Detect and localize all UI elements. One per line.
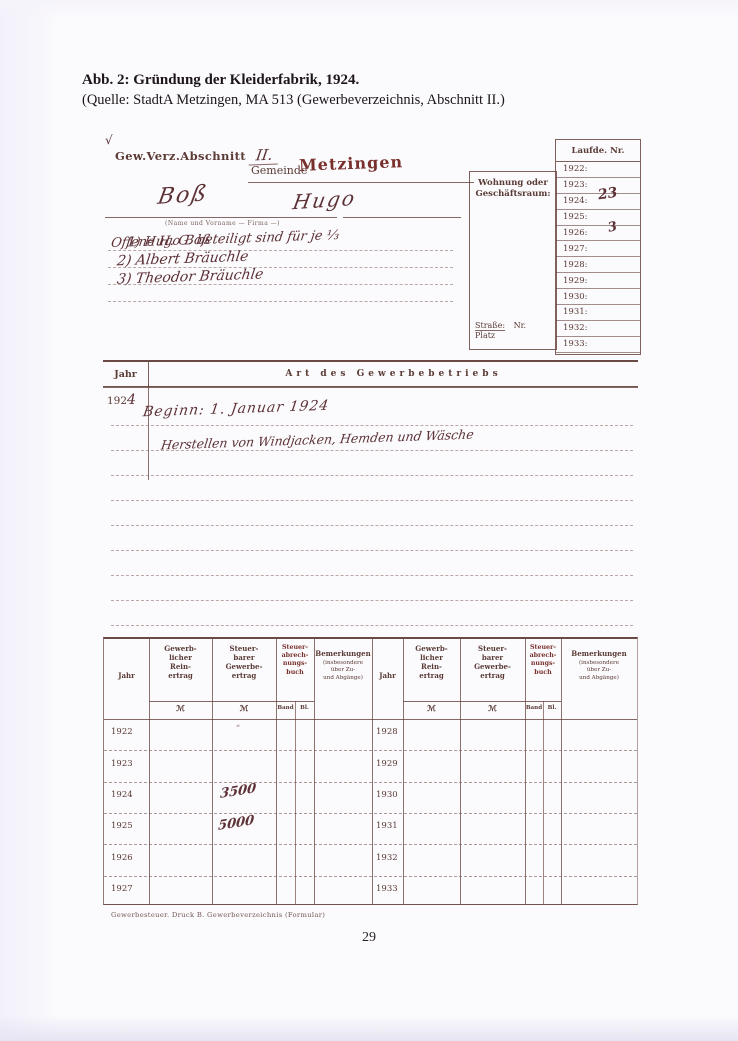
page-edge-shadow-top	[0, 0, 738, 18]
form-footnote: Gewerbesteuer. Druck B. Gewerbeverzeichn…	[111, 911, 325, 919]
entry-begin-handwritten: Beginn: 1. Januar 1924	[143, 401, 329, 417]
figure-source: (Quelle: StadtA Metzingen, MA 513 (Gewer…	[82, 92, 642, 109]
ruled-line	[111, 500, 633, 501]
year-row-label: 1927	[111, 884, 133, 894]
name-underline-2	[343, 217, 461, 218]
year-digit-handwritten: 4	[127, 392, 136, 408]
ruled-line	[111, 600, 633, 601]
gemeinde-underline	[248, 182, 474, 183]
laufende-row: 1931:	[556, 305, 640, 321]
checkmark-annotation: √	[105, 133, 113, 147]
table-rule	[295, 701, 296, 904]
surname-handwritten: Boß	[158, 183, 208, 208]
ruled-line	[111, 450, 633, 451]
laufende-row: 1922:	[556, 162, 640, 178]
page-edge-shadow-left	[0, 0, 60, 1041]
year-row-label: 1929	[376, 759, 398, 769]
jahr-header: Jahr	[103, 362, 149, 386]
year-row-label: 1928	[376, 727, 398, 737]
table-row-rule	[104, 844, 637, 845]
year-row-label: 1924	[111, 790, 133, 800]
laufende-row: 1930:	[556, 289, 640, 305]
laufende-row: 1926:	[556, 226, 640, 242]
col-bemerkungen-header: Bemerkungen (insbesondere über Zu- und A…	[561, 649, 637, 682]
bl-subheader: Bl.	[543, 705, 561, 711]
ruled-line	[111, 550, 633, 551]
section-number-handwritten: II.	[248, 145, 279, 165]
year-row-label: 1922	[111, 727, 133, 737]
year-row-label: 1923	[111, 759, 133, 769]
band-double-rule	[103, 387, 638, 388]
band-subheader: Band	[525, 705, 543, 711]
col-reinertrag-header: Gewerb- licher Rein- ertrag	[149, 644, 212, 680]
partner-2-handwritten: 2) Albert Bräuchle	[117, 251, 248, 267]
col-bemerkungen-header: Bemerkungen (insbesondere über Zu- und A…	[314, 649, 372, 682]
ruled-line	[111, 475, 633, 476]
bl-subheader: Bl.	[295, 705, 314, 711]
col-gewerbeertrag-header: Steuer- barer Gewerbe- ertrag	[212, 644, 276, 680]
ruled-line	[111, 575, 633, 576]
value-1924-handwritten: 3500	[220, 781, 257, 802]
table-row-rule	[104, 813, 637, 814]
name-underline-1	[105, 217, 337, 218]
mark-symbol: ℳ	[149, 703, 212, 713]
laufende-row: 1928:	[556, 257, 640, 273]
figure-title: Abb. 2: Gründung der Kleiderfabrik, 1924…	[82, 72, 642, 90]
mark-symbol: ℳ	[403, 703, 460, 713]
year-row-label: 1930	[376, 790, 398, 800]
col-reinertrag-header: Gewerb- licher Rein- ertrag	[403, 644, 460, 680]
table-rule	[149, 701, 314, 702]
ruled-line	[111, 525, 633, 526]
table-rule	[403, 701, 561, 702]
figure-caption: Abb. 2: Gründung der Kleiderfabrik, 1924…	[82, 72, 642, 109]
book-page: Abb. 2: Gründung der Kleiderfabrik, 1924…	[0, 0, 738, 1041]
band-subheader: Band	[276, 705, 295, 711]
residence-street-block: Straße: Nr. Platz	[475, 321, 526, 341]
laufende-row: 1933:	[556, 337, 640, 353]
col-jahr-header: Jahr	[104, 671, 149, 680]
tax-table: Jahr Gewerb- licher Rein- ertrag Steuer-…	[103, 637, 638, 905]
year-row-label: 1932	[376, 853, 398, 863]
col-gewerbeertrag-header: Steuer- barer Gewerbe- ertrag	[460, 644, 525, 680]
table-rule	[104, 719, 637, 720]
laufende-1924-value-handwritten: 23	[597, 185, 619, 204]
year-printed: 1924	[107, 392, 136, 408]
value-1922-handwritten: ʺ	[236, 725, 240, 735]
jahr-column-rule	[148, 384, 149, 480]
year-row-label: 1925	[111, 821, 133, 831]
page-number: 29	[0, 930, 738, 946]
platz-label: Platz	[475, 331, 526, 341]
firstname-handwritten: Hugo	[293, 188, 356, 212]
residence-box: Wohnung oder Geschäftsraum: Straße: Nr. …	[469, 171, 557, 350]
ruled-line	[108, 301, 453, 302]
laufende-nr-header: Laufde. Nr.	[556, 140, 640, 162]
street-label: Straße:	[475, 321, 505, 332]
mark-symbol: ℳ	[212, 703, 276, 713]
laufende-nr-column: Laufde. Nr. 1922: 1923: 1924: 1925: 1926…	[555, 139, 641, 355]
laufende-row: 1932:	[556, 321, 640, 337]
year-row-label: 1933	[376, 884, 398, 894]
name-field-caption: (Name und Vorname — Firma —)	[165, 220, 280, 227]
partner-3-handwritten: 3) Theodor Bräuchle	[117, 269, 263, 285]
laufende-row: 1927:	[556, 241, 640, 257]
section-label: Gew.Verz.Abschnitt	[115, 149, 246, 163]
table-rule	[525, 639, 526, 904]
laufende-row: 1929:	[556, 273, 640, 289]
table-row-rule	[104, 750, 637, 751]
col-abrechnungsbuch-header: Steuer- abrech- nungs- buch	[276, 644, 314, 677]
gemeinde-stamp: Metzingen	[299, 152, 404, 175]
art-header-band: Jahr Art des Gewerbebetriebs	[103, 360, 638, 387]
ruled-line	[111, 425, 633, 426]
art-des-gewerbebetriebs-header: Art des Gewerbebetriebs	[149, 362, 638, 386]
table-row-rule	[104, 782, 637, 783]
table-rule	[276, 639, 277, 904]
form-scan: √ Gew.Verz.Abschnitt II. Gemeinde Metzin…	[103, 133, 640, 945]
street-nr-label: Nr.	[514, 321, 527, 330]
table-row-rule	[104, 876, 637, 877]
col-abrechnungsbuch-header: Steuer- abrech- nungs- buch	[525, 644, 561, 677]
entry-activity-handwritten: Herstellen von Windjacken, Hemden und Wä…	[161, 432, 474, 447]
ruled-line	[111, 625, 633, 626]
year-row-label: 1931	[376, 821, 398, 831]
page-edge-shadow-bottom	[0, 1015, 738, 1041]
value-1925-handwritten: 5000	[218, 813, 255, 834]
table-rule	[543, 701, 544, 904]
laufende-row: 1925:	[556, 210, 640, 226]
section-row: Gew.Verz.Abschnitt II.	[115, 146, 278, 165]
partner-1-handwritten: 1) Hugo Boß	[127, 234, 211, 249]
year-row-label: 1926	[111, 853, 133, 863]
residence-label: Wohnung oder Geschäftsraum:	[470, 172, 556, 201]
mark-symbol: ℳ	[460, 703, 525, 713]
col-jahr-header: Jahr	[372, 671, 403, 680]
